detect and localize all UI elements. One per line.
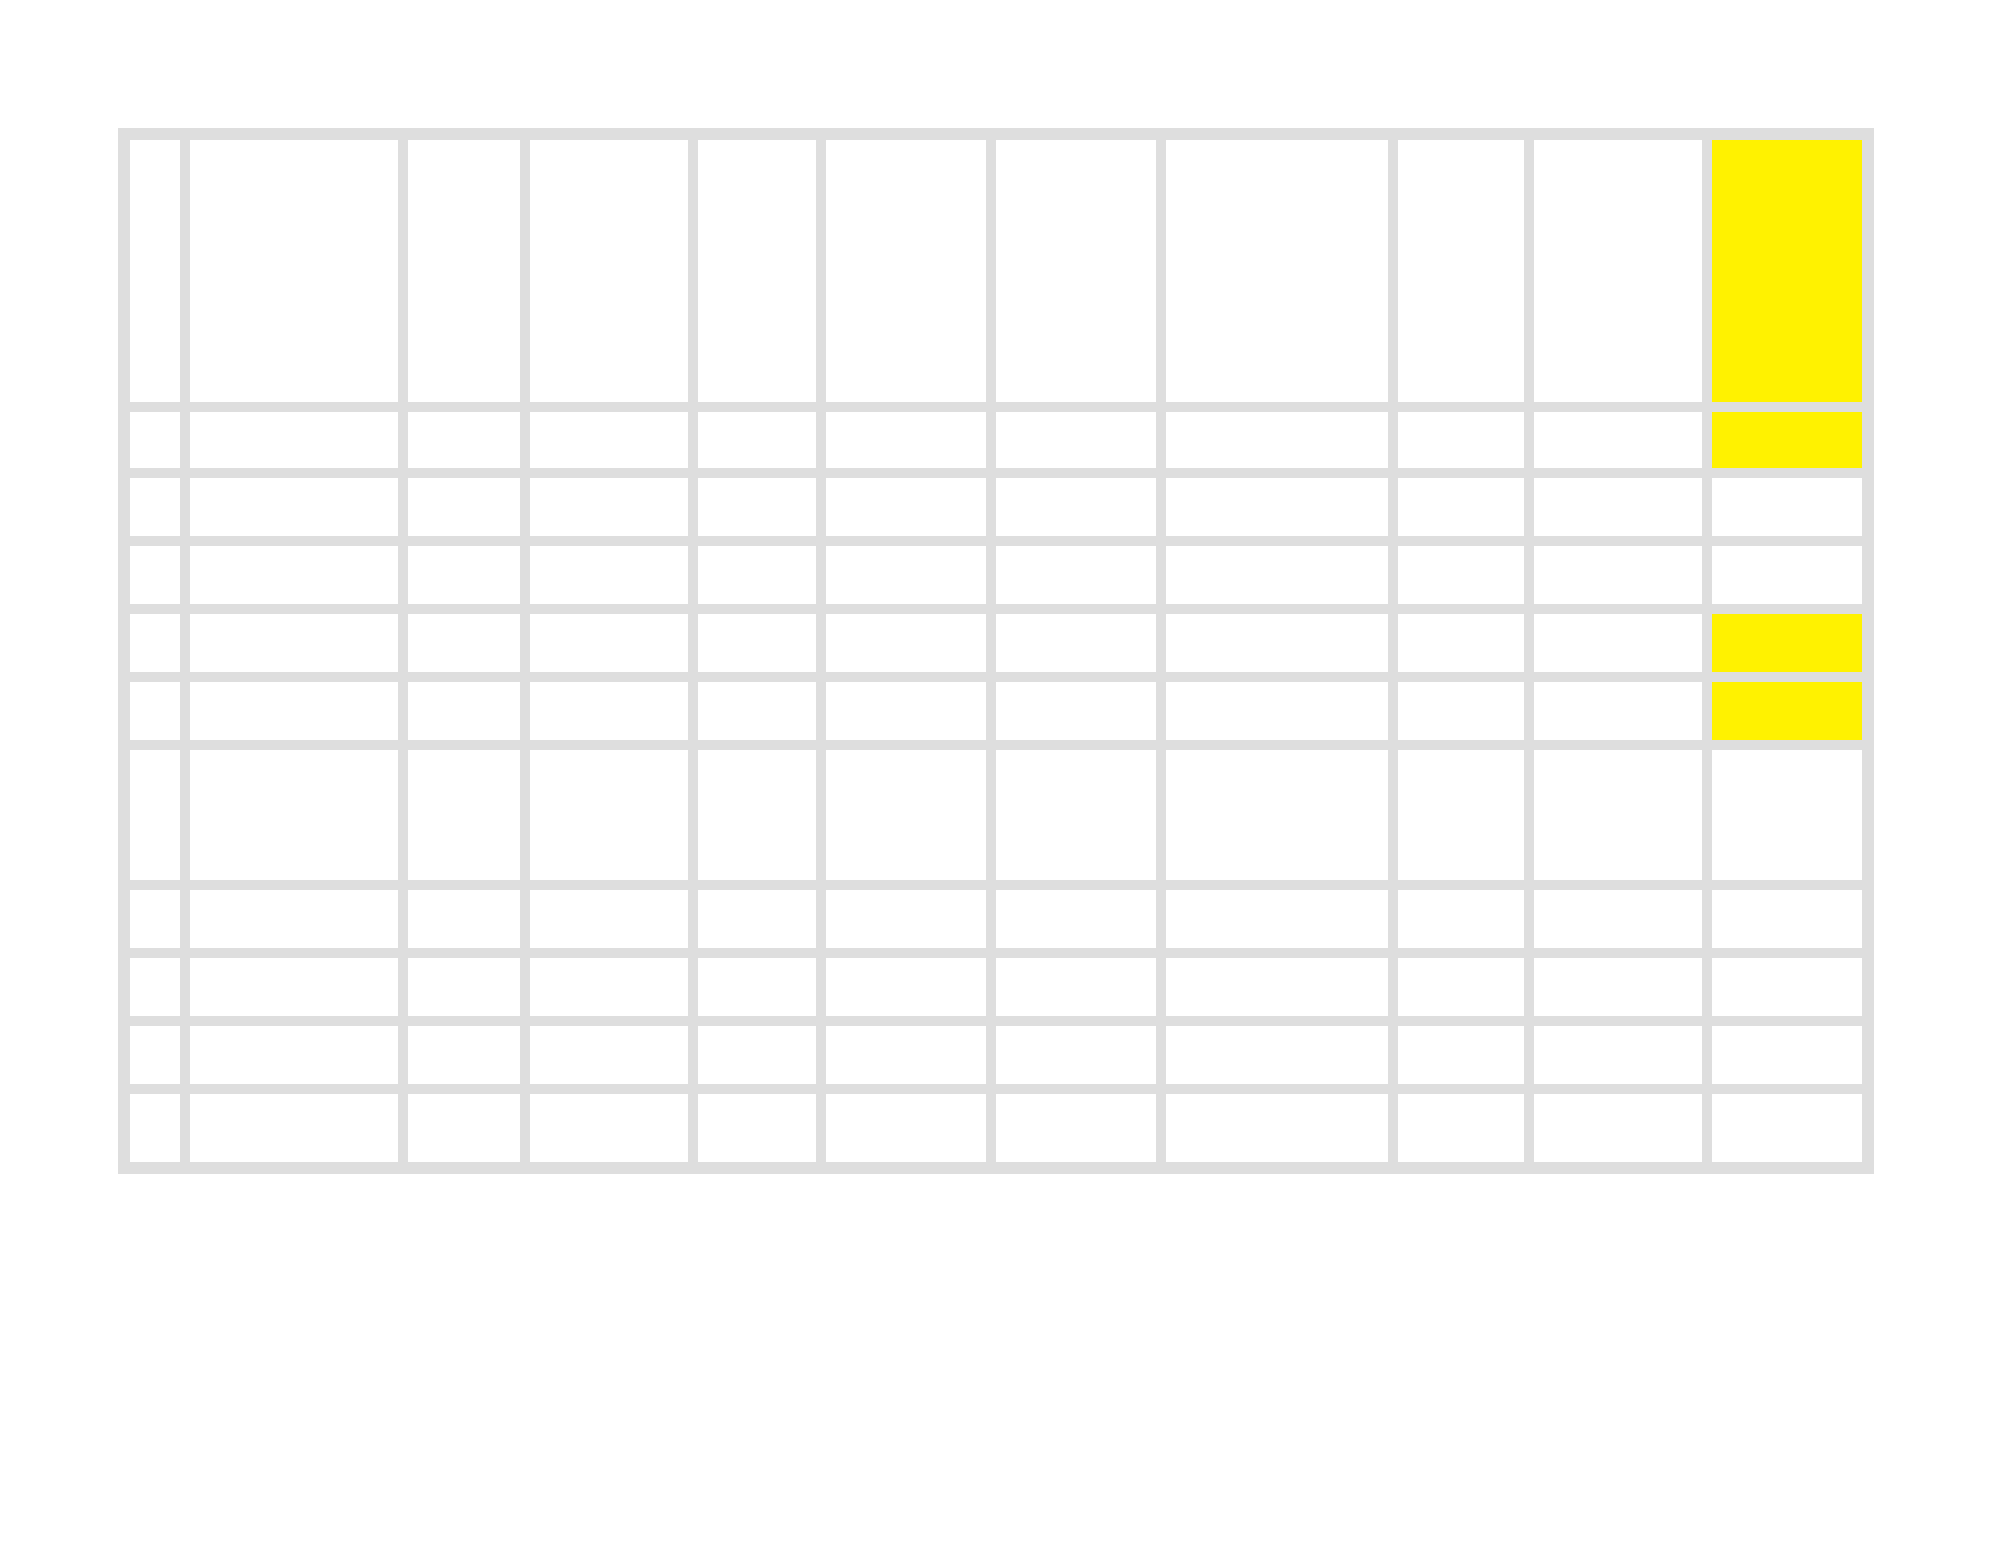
table-cell[interactable] <box>530 140 698 412</box>
table-cell[interactable] <box>826 140 996 412</box>
table-cell[interactable] <box>530 958 698 1026</box>
table-cell[interactable] <box>826 958 996 1026</box>
table-cell[interactable] <box>996 140 1166 412</box>
table-cell[interactable] <box>996 750 1166 890</box>
table-cell[interactable] <box>190 958 408 1026</box>
table-cell[interactable] <box>1166 682 1398 750</box>
table-cell[interactable] <box>130 750 190 890</box>
table-cell[interactable] <box>698 890 826 958</box>
table-cell[interactable] <box>1398 958 1534 1026</box>
table-cell[interactable] <box>408 140 530 412</box>
table-row <box>130 478 1862 546</box>
table-cell[interactable] <box>1398 412 1534 478</box>
table-cell[interactable] <box>1398 614 1534 682</box>
table-cell[interactable] <box>1398 1026 1534 1094</box>
table-cell[interactable] <box>530 1026 698 1094</box>
table-cell[interactable] <box>1712 546 1862 614</box>
table-cell[interactable] <box>826 750 996 890</box>
table-cell[interactable] <box>1166 546 1398 614</box>
table-cell[interactable] <box>1712 614 1862 682</box>
table-row <box>130 1094 1862 1162</box>
table-cell[interactable] <box>1712 478 1862 546</box>
table-cell[interactable] <box>996 958 1166 1026</box>
table-cell[interactable] <box>1398 140 1534 412</box>
table-cell[interactable] <box>698 478 826 546</box>
table-cell[interactable] <box>130 958 190 1026</box>
table-cell[interactable] <box>996 412 1166 478</box>
table-cell[interactable] <box>130 412 190 478</box>
table-cell[interactable] <box>698 614 826 682</box>
table-cell[interactable] <box>1712 890 1862 958</box>
table-cell[interactable] <box>1534 614 1712 682</box>
table-cell[interactable] <box>826 890 996 958</box>
table-cell[interactable] <box>408 1026 530 1094</box>
table-cell[interactable] <box>826 412 996 478</box>
table-cell[interactable] <box>530 1094 698 1162</box>
table-cell[interactable] <box>130 614 190 682</box>
table-cell[interactable] <box>530 890 698 958</box>
table-cell[interactable] <box>530 614 698 682</box>
table-cell[interactable] <box>826 1094 996 1162</box>
table-cell[interactable] <box>1166 1026 1398 1094</box>
table-cell[interactable] <box>996 546 1166 614</box>
table-cell[interactable] <box>1534 750 1712 890</box>
table-cell[interactable] <box>1712 958 1862 1026</box>
table-cell[interactable] <box>190 1094 408 1162</box>
table-cell[interactable] <box>408 614 530 682</box>
table-cell[interactable] <box>1534 890 1712 958</box>
table-cell[interactable] <box>1166 750 1398 890</box>
table-cell[interactable] <box>190 750 408 890</box>
table-cell[interactable] <box>1534 682 1712 750</box>
table-cell[interactable] <box>698 412 826 478</box>
table-cell[interactable] <box>1534 412 1712 478</box>
table-cell[interactable] <box>1166 140 1398 412</box>
table-cell[interactable] <box>1398 682 1534 750</box>
table-cell[interactable] <box>1166 890 1398 958</box>
table-cell[interactable] <box>1398 546 1534 614</box>
table-cell[interactable] <box>190 890 408 958</box>
table-cell[interactable] <box>1712 750 1862 890</box>
table-row <box>130 140 1862 412</box>
table-cell[interactable] <box>996 614 1166 682</box>
table-cell[interactable] <box>408 890 530 958</box>
table-cell[interactable] <box>698 546 826 614</box>
table-cell[interactable] <box>530 682 698 750</box>
table-cell[interactable] <box>996 478 1166 546</box>
table-cell[interactable] <box>408 478 530 546</box>
table-cell[interactable] <box>408 546 530 614</box>
table-cell[interactable] <box>996 890 1166 958</box>
table-row <box>130 412 1862 478</box>
table-cell[interactable] <box>1166 958 1398 1026</box>
table-cell[interactable] <box>698 958 826 1026</box>
table-cell[interactable] <box>1712 682 1862 750</box>
table-cell[interactable] <box>1712 1094 1862 1162</box>
table-row <box>130 682 1862 750</box>
table-cell[interactable] <box>130 1094 190 1162</box>
table-cell[interactable] <box>530 478 698 546</box>
table-row <box>130 958 1862 1026</box>
table-cell[interactable] <box>190 412 408 478</box>
table-cell[interactable] <box>1534 1026 1712 1094</box>
table-cell[interactable] <box>996 1094 1166 1162</box>
table-cell[interactable] <box>190 478 408 546</box>
table-cell[interactable] <box>996 1026 1166 1094</box>
table-cell[interactable] <box>130 140 190 412</box>
table-cell[interactable] <box>1166 614 1398 682</box>
table-cell[interactable] <box>1398 750 1534 890</box>
table-cell[interactable] <box>1534 1094 1712 1162</box>
table-cell[interactable] <box>1712 140 1862 412</box>
table-row <box>130 890 1862 958</box>
table-cell[interactable] <box>698 1026 826 1094</box>
table-cell[interactable] <box>1534 478 1712 546</box>
table-row <box>130 614 1862 682</box>
table-cell[interactable] <box>408 1094 530 1162</box>
table-cell[interactable] <box>1712 1026 1862 1094</box>
table-cell[interactable] <box>130 1026 190 1094</box>
data-table <box>118 128 1874 1174</box>
table-cell[interactable] <box>130 478 190 546</box>
table-cell[interactable] <box>190 140 408 412</box>
table-cell[interactable] <box>698 750 826 890</box>
table-cell[interactable] <box>408 750 530 890</box>
table-cell[interactable] <box>698 1094 826 1162</box>
table-cell[interactable] <box>826 614 996 682</box>
table-cell[interactable] <box>826 1026 996 1094</box>
table-cell[interactable] <box>1534 958 1712 1026</box>
table-cell[interactable] <box>698 140 826 412</box>
table-cell[interactable] <box>190 546 408 614</box>
table-cell[interactable] <box>190 682 408 750</box>
table-cell[interactable] <box>1166 412 1398 478</box>
table-cell[interactable] <box>530 750 698 890</box>
table-cell[interactable] <box>1712 412 1862 478</box>
table-cell[interactable] <box>408 412 530 478</box>
table-cell[interactable] <box>826 682 996 750</box>
table-cell[interactable] <box>190 614 408 682</box>
table-cell[interactable] <box>530 546 698 614</box>
table-cell[interactable] <box>996 682 1166 750</box>
table-cell[interactable] <box>1398 890 1534 958</box>
table-cell[interactable] <box>130 682 190 750</box>
table-cell[interactable] <box>1166 478 1398 546</box>
table-cell[interactable] <box>1398 1094 1534 1162</box>
table-row <box>130 546 1862 614</box>
table-cell[interactable] <box>530 412 698 478</box>
table-cell[interactable] <box>698 682 826 750</box>
table-row <box>130 750 1862 890</box>
table-cell[interactable] <box>130 546 190 614</box>
table-cell[interactable] <box>130 890 190 958</box>
table-row <box>130 1026 1862 1094</box>
table-cell[interactable] <box>1398 478 1534 546</box>
table-cell[interactable] <box>826 478 996 546</box>
table-cell[interactable] <box>1534 140 1712 412</box>
table-cell[interactable] <box>1534 546 1712 614</box>
table-cell[interactable] <box>408 682 530 750</box>
table-cell[interactable] <box>826 546 996 614</box>
table-cell[interactable] <box>190 1026 408 1094</box>
spreadsheet-page <box>118 128 1874 1174</box>
table-cell[interactable] <box>408 958 530 1026</box>
table-cell[interactable] <box>1166 1094 1398 1162</box>
